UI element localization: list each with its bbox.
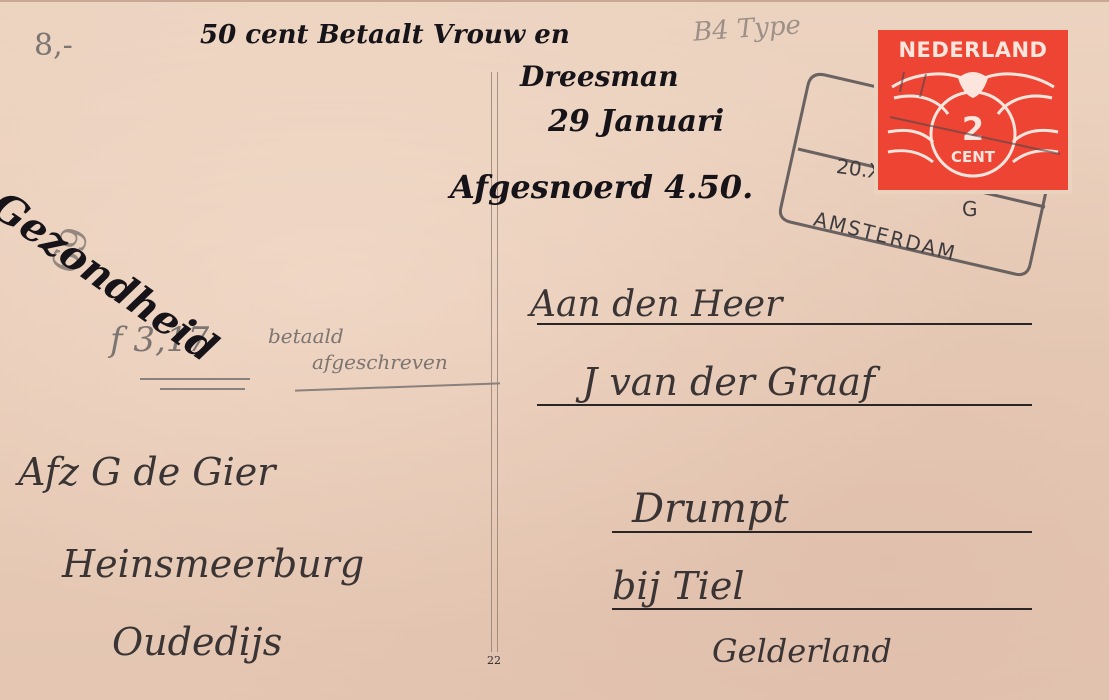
recipient-name: J van der Graaf: [582, 360, 875, 404]
cancellation-lines: [870, 62, 1070, 242]
center-divider-line: [491, 72, 498, 652]
stamp-country: NEDERLAND: [878, 38, 1068, 62]
message-line-1: 50 cent Betaalt Vrouw en: [200, 20, 570, 50]
pencil-underline-2: [160, 388, 245, 390]
pencil-corner-number: 8,-: [34, 28, 73, 63]
pencil-note-paid: betaald: [268, 324, 344, 348]
message-line-4: Afgesnoerd 4.50.: [450, 168, 753, 206]
pencil-note-written-off: afgeschreven: [312, 350, 448, 374]
pencil-underline-3: [295, 382, 500, 391]
address-line-4: [612, 608, 1032, 610]
message-line-2: Dreesman: [520, 60, 679, 93]
pencil-underline-1: [140, 378, 250, 380]
message-line-3: 29 Januari: [548, 104, 724, 139]
sender-line-3: Oudedijs: [112, 620, 282, 664]
sender-line-1: Afz G de Gier: [18, 450, 275, 494]
sender-line-2: Heinsmeerburg: [62, 542, 364, 586]
postcard-back: 22 8,- B4 Type 69 f 3,17 betaald afgesch…: [0, 0, 1109, 700]
recipient-province: Gelderland: [712, 632, 892, 670]
page-number: 22: [487, 654, 501, 667]
recipient-near: bij Tiel: [612, 564, 744, 608]
address-line-2: [537, 404, 1032, 406]
recipient-town: Drumpt: [632, 486, 789, 532]
recipient-salutation: Aan den Heer: [530, 284, 782, 325]
pencil-type-note: B4 Type: [692, 10, 802, 47]
